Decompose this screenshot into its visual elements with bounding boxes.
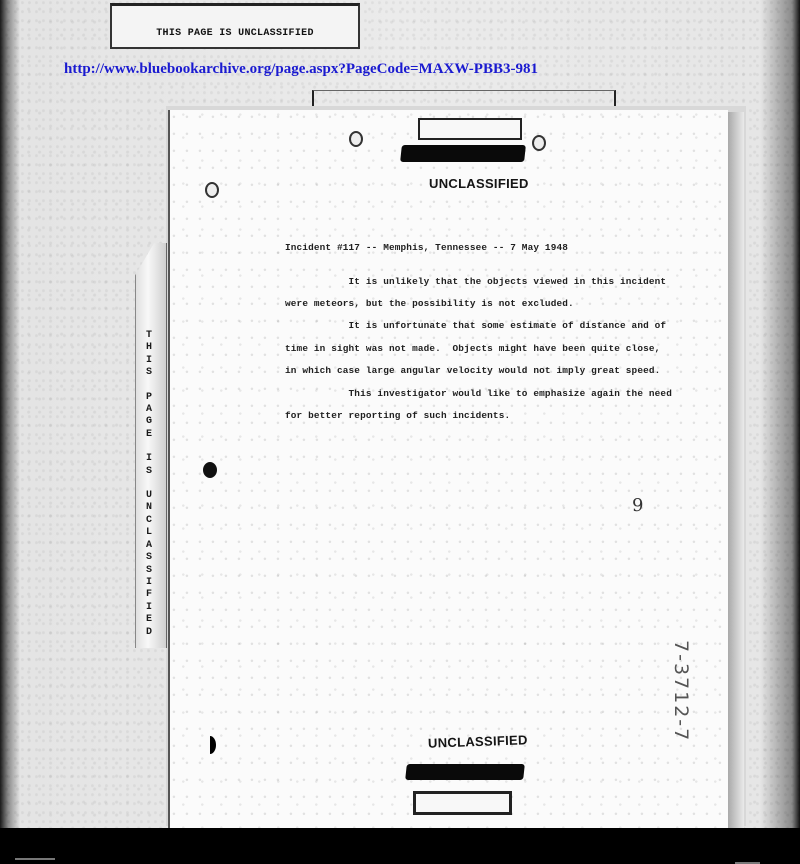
- punch-hole-icon: [204, 736, 216, 754]
- side-strip-letter: I: [143, 355, 155, 367]
- side-strip-text: THISPAGEISUNCLASSIFIED: [143, 330, 155, 639]
- side-strip-letter: I: [143, 453, 155, 465]
- side-strip-letter: C: [143, 515, 155, 527]
- paragraph-line: were meteors, but the possibility is not…: [285, 298, 574, 309]
- paragraph-line: time in sight was not made. Objects migh…: [285, 343, 660, 354]
- side-strip-letter: S: [143, 466, 155, 478]
- punch-hole-icon: [349, 131, 363, 147]
- side-strip-letter: E: [143, 429, 155, 441]
- side-strip-letter: T: [143, 330, 155, 342]
- paragraph-line: for better reporting of such incidents.: [285, 410, 510, 421]
- side-strip-letter: I: [143, 602, 155, 614]
- header-classification-marking: UNCLASSIFIED: [429, 176, 529, 191]
- punch-hole-icon: [205, 182, 219, 198]
- side-strip-letter: S: [143, 565, 155, 577]
- side-strip-letter: A: [143, 540, 155, 552]
- archive-page-link[interactable]: http://www.bluebookarchive.org/page.aspx…: [64, 61, 538, 78]
- side-strip-letter: S: [143, 552, 155, 564]
- footer-stamp-box: [413, 791, 512, 815]
- punch-hole-icon: [532, 135, 546, 151]
- paragraph-line: in which case large angular velocity wou…: [285, 365, 660, 376]
- side-strip-letter: E: [143, 614, 155, 626]
- side-strip-letter: S: [143, 367, 155, 379]
- top-slip-label: THIS PAGE IS UNCLASSIFIED: [112, 28, 358, 39]
- margin-annotation: 9: [632, 495, 643, 516]
- top-classification-slip: THIS PAGE IS UNCLASSIFIED: [110, 3, 360, 49]
- incident-title: Incident #117 -- Memphis, Tennessee -- 7…: [285, 242, 568, 253]
- header-stamp-box: [418, 118, 522, 140]
- paragraph-line: It is unlikely that the objects viewed i…: [285, 276, 666, 287]
- paragraph-line: It is unfortunate that some estimate of …: [285, 320, 666, 331]
- side-strip-letter: L: [143, 527, 155, 539]
- side-strip-letter: N: [143, 502, 155, 514]
- document-page: [168, 110, 728, 828]
- side-strip-letter: P: [143, 392, 155, 404]
- side-strip-letter: U: [143, 490, 155, 502]
- side-strip-letter: A: [143, 404, 155, 416]
- side-strip-letter: I: [143, 577, 155, 589]
- side-strip-letter: F: [143, 589, 155, 601]
- paragraph-line: This investigator would like to emphasiz…: [285, 388, 672, 399]
- punch-hole-icon: [203, 462, 217, 478]
- handwritten-file-number: 7-3712-7: [670, 640, 692, 742]
- side-strip-letter: H: [143, 342, 155, 354]
- scan-bottom-edge: [0, 828, 800, 864]
- header-redaction-bar: [400, 145, 526, 162]
- side-strip-letter: D: [143, 627, 155, 639]
- footer-redaction-bar: [405, 764, 525, 780]
- side-strip-letter: G: [143, 416, 155, 428]
